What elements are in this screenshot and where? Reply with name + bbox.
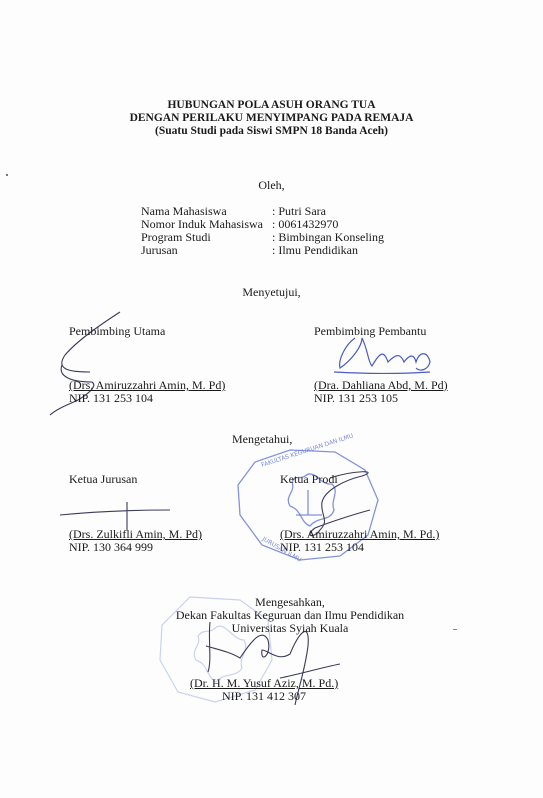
- nip-pembimbing-pembantu: NIP. 131 253 105: [314, 392, 398, 405]
- thesis-subtitle: (Suatu Studi pada Siswi SMPN 18 Banda Ac…: [0, 125, 543, 138]
- thesis-title-line1: HUBUNGAN POLA ASUH ORANG TUA: [0, 99, 543, 112]
- nip-ketua-prodi: NIP. 131 253 104: [280, 541, 364, 554]
- nip-pembimbing-utama: NIP. 131 253 104: [69, 392, 153, 405]
- role-ketua-prodi: Ketua Prodi: [280, 473, 338, 486]
- university-name: Universitas Syiah Kuala: [100, 621, 480, 636]
- nip-dekan: NIP. 131 412 307: [222, 690, 306, 703]
- oleh-label: Oleh,: [0, 178, 543, 193]
- role-pembimbing-utama: Pembimbing Utama: [69, 325, 165, 338]
- scan-speck: [453, 629, 457, 630]
- label-jurusan: Jurusan: [141, 244, 178, 257]
- value-jurusan: : Ilmu Pendidikan: [272, 244, 358, 257]
- role-ketua-jurusan: Ketua Jurusan: [69, 473, 137, 486]
- nip-ketua-jurusan: NIP. 130 364 999: [69, 541, 153, 554]
- signature-pembimbing-pembantu: [334, 338, 430, 374]
- menyetujui-label: Menyetujui,: [0, 285, 543, 300]
- scan-speck: [6, 174, 8, 176]
- thesis-title-line2: DENGAN PERILAKU MENYIMPANG PADA REMAJA: [0, 112, 543, 125]
- signature-ketua-jurusan: [60, 502, 170, 530]
- role-pembimbing-pembantu: Pembimbing Pembantu: [314, 325, 426, 338]
- mengetahui-label: Mengetahui,: [232, 433, 292, 446]
